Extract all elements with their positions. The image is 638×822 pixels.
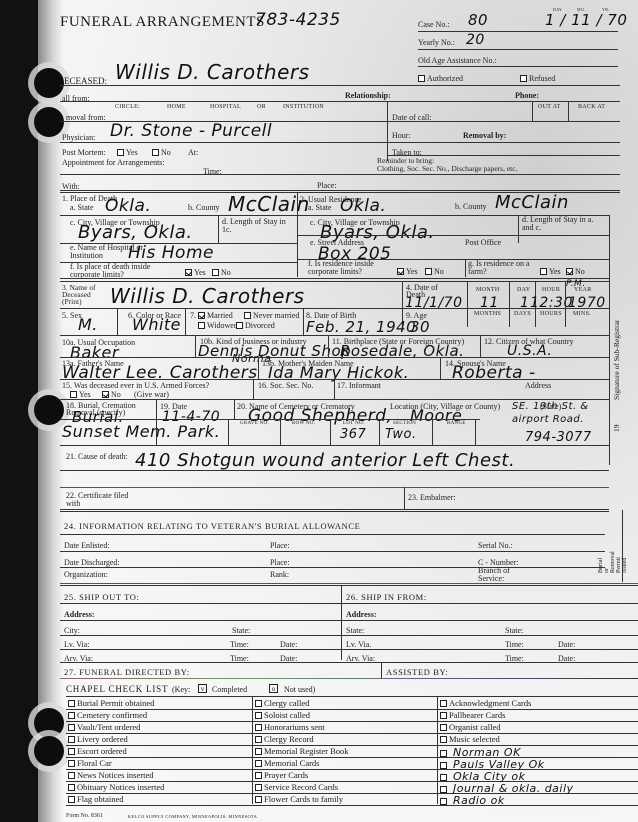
checklist-item[interactable]: Vault/Tent ordered xyxy=(68,722,140,732)
cemetery-address-value: SE. 19th St. & airport Road. xyxy=(512,400,607,426)
armed-forces-yes[interactable]: Yes xyxy=(70,390,91,399)
checklist-item[interactable]: News Notices inserted xyxy=(68,770,153,780)
divorced-checkbox[interactable]: Divorced xyxy=(236,321,275,330)
checklist-item[interactable]: Prayer Cards xyxy=(255,770,308,780)
checkbox-icon[interactable] xyxy=(440,762,447,769)
married-checkbox[interactable]: Married xyxy=(198,311,233,320)
sex-value: M. xyxy=(78,315,98,334)
checklist-item[interactable]: Service Record Cards xyxy=(255,782,338,792)
death-county-value: McClain xyxy=(228,192,310,216)
checkbox-icon[interactable] xyxy=(440,750,447,757)
deceased-name-value: Willis D. Carothers xyxy=(115,60,310,84)
authorized-checkbox[interactable]: Authorized xyxy=(418,74,463,83)
checkbox-icon[interactable] xyxy=(255,772,262,779)
death-corporate-yes[interactable]: Yes xyxy=(185,268,206,277)
checkbox-icon[interactable] xyxy=(440,786,447,793)
physician-value: Dr. Stone - Purcell xyxy=(110,121,272,141)
widowed-checkbox[interactable]: Widowed xyxy=(198,321,238,330)
checkbox-icon[interactable] xyxy=(440,736,447,743)
residence-county-value: McClain xyxy=(495,192,569,213)
checkbox-icon[interactable] xyxy=(440,712,447,719)
race-value: White xyxy=(132,315,181,334)
dob-value: Feb. 21, 1940 xyxy=(306,318,416,336)
checkbox-icon[interactable] xyxy=(255,712,262,719)
father-name-value: Walter Lee. Carothers xyxy=(62,363,258,383)
checkbox-icon[interactable] xyxy=(255,736,262,743)
punch-hole xyxy=(34,107,64,137)
post-mortem-no[interactable]: No xyxy=(152,148,171,157)
residence-corporate-no[interactable]: No xyxy=(425,267,444,276)
spouse-name-value: Roberta - xyxy=(452,363,536,383)
checkbox-icon[interactable] xyxy=(255,760,262,767)
checklist-item[interactable]: Flower Cards to family xyxy=(255,794,343,804)
death-corporate-no[interactable]: No xyxy=(212,268,231,277)
punch-hole xyxy=(34,708,64,738)
handwritten-number: 783-4235 xyxy=(255,10,341,30)
checkbox-icon[interactable] xyxy=(440,798,447,805)
checkbox-icon[interactable] xyxy=(440,774,447,781)
death-state-value: Okla. xyxy=(105,196,151,216)
binder-spine xyxy=(0,0,38,822)
checklist-item[interactable]: Livery ordered xyxy=(68,734,128,744)
checkbox-icon[interactable] xyxy=(68,748,75,755)
residence-farm-yes[interactable]: Yes xyxy=(540,267,561,276)
checklist-item[interactable]: Burial Permit obtained xyxy=(68,698,154,708)
residence-state-value: Okla. xyxy=(340,196,386,216)
checklist-item[interactable]: Clergy Record xyxy=(255,734,314,744)
checkbox-icon[interactable] xyxy=(68,712,75,719)
checkbox-icon[interactable] xyxy=(68,760,75,767)
checklist-item[interactable]: Floral Car xyxy=(68,758,112,768)
checklist-item[interactable]: Pallbearer Cards xyxy=(440,710,505,720)
death-hospital-value: His Home xyxy=(128,243,214,263)
residence-corporate-yes[interactable]: Yes xyxy=(397,267,418,276)
checklist-item[interactable]: Organist called xyxy=(440,722,501,732)
funeral-arrangements-form: FUNERAL ARRANGEMENTS 783-4235 Case No.: … xyxy=(0,0,638,822)
checkbox-icon[interactable] xyxy=(255,700,262,707)
checkbox-icon[interactable] xyxy=(68,724,75,731)
armed-forces-no[interactable]: No xyxy=(102,390,121,399)
section-value: Two. xyxy=(385,427,417,442)
checklist-item[interactable]: Clergy called xyxy=(255,698,309,708)
punch-hole xyxy=(34,736,64,766)
veteran-heading: 24. INFORMATION RELATING TO VETERAN'S BU… xyxy=(64,521,360,531)
lot-no-value: 367 xyxy=(340,427,366,442)
yearly-no-value: 20 xyxy=(466,32,485,48)
checkbox-icon[interactable] xyxy=(68,796,75,803)
checklist-item[interactable]: Memorial Register Book xyxy=(255,746,349,756)
checklist-item[interactable]: Flag obtained xyxy=(68,794,124,804)
checkbox-icon[interactable] xyxy=(255,724,262,731)
never-married-checkbox[interactable]: Never married xyxy=(244,311,299,320)
checkbox-icon[interactable] xyxy=(68,736,75,743)
checklist-item[interactable]: Obituary Notices inserted xyxy=(68,782,164,792)
checkbox-icon[interactable] xyxy=(255,796,262,803)
checklist-item[interactable]: Soloist called xyxy=(255,710,310,720)
punch-hole xyxy=(34,68,64,98)
checkbox-icon[interactable] xyxy=(440,700,447,707)
checkbox-icon[interactable] xyxy=(68,784,75,791)
checkbox-icon[interactable] xyxy=(255,748,262,755)
checklist-item[interactable]: Memorial Cards xyxy=(255,758,319,768)
decedent-name-value: Willis D. Carothers xyxy=(110,284,305,308)
case-date-value: 1 / 11 / 70 xyxy=(545,11,627,29)
checkbox-icon[interactable] xyxy=(255,784,262,791)
case-no-value: 80 xyxy=(468,11,488,29)
checklist-item[interactable]: Music selected xyxy=(440,734,500,744)
age-value: 30 xyxy=(410,318,430,336)
death-city-value: Byars, Okla. xyxy=(78,222,193,243)
post-mortem-yes[interactable]: Yes xyxy=(117,148,138,157)
checklist-item[interactable]: Escort ordered xyxy=(68,746,127,756)
residence-farm-no[interactable]: No xyxy=(566,267,585,276)
checklist-item[interactable]: Radio ok xyxy=(440,794,505,807)
sub-registrar-signature-label: Signature of Sub-Registrar xyxy=(612,320,621,400)
cemetery-name-2-value: Sunset Mem. Park. xyxy=(62,422,220,441)
checklist-item[interactable]: Honorariums sent xyxy=(255,722,325,732)
refused-checkbox[interactable]: Refused xyxy=(520,74,555,83)
checkbox-icon[interactable] xyxy=(68,700,75,707)
cause-of-death-value: 410 Shotgun wound anterior Left Chest. xyxy=(135,450,515,471)
checkbox-icon[interactable] xyxy=(440,724,447,731)
cemetery-phone-value: 794-3077 xyxy=(525,430,592,445)
checklist-item[interactable]: Acknowledgment Cards xyxy=(440,698,531,708)
checklist-item[interactable]: Cemetery confirmed xyxy=(68,710,147,720)
chapel-checklist-title: CHAPEL CHECK LIST xyxy=(66,684,168,694)
form-title: FUNERAL ARRANGEMENTS xyxy=(60,14,265,31)
checkbox-icon[interactable] xyxy=(68,772,75,779)
cemetery-name-value: Good Shepherd, xyxy=(248,406,392,426)
